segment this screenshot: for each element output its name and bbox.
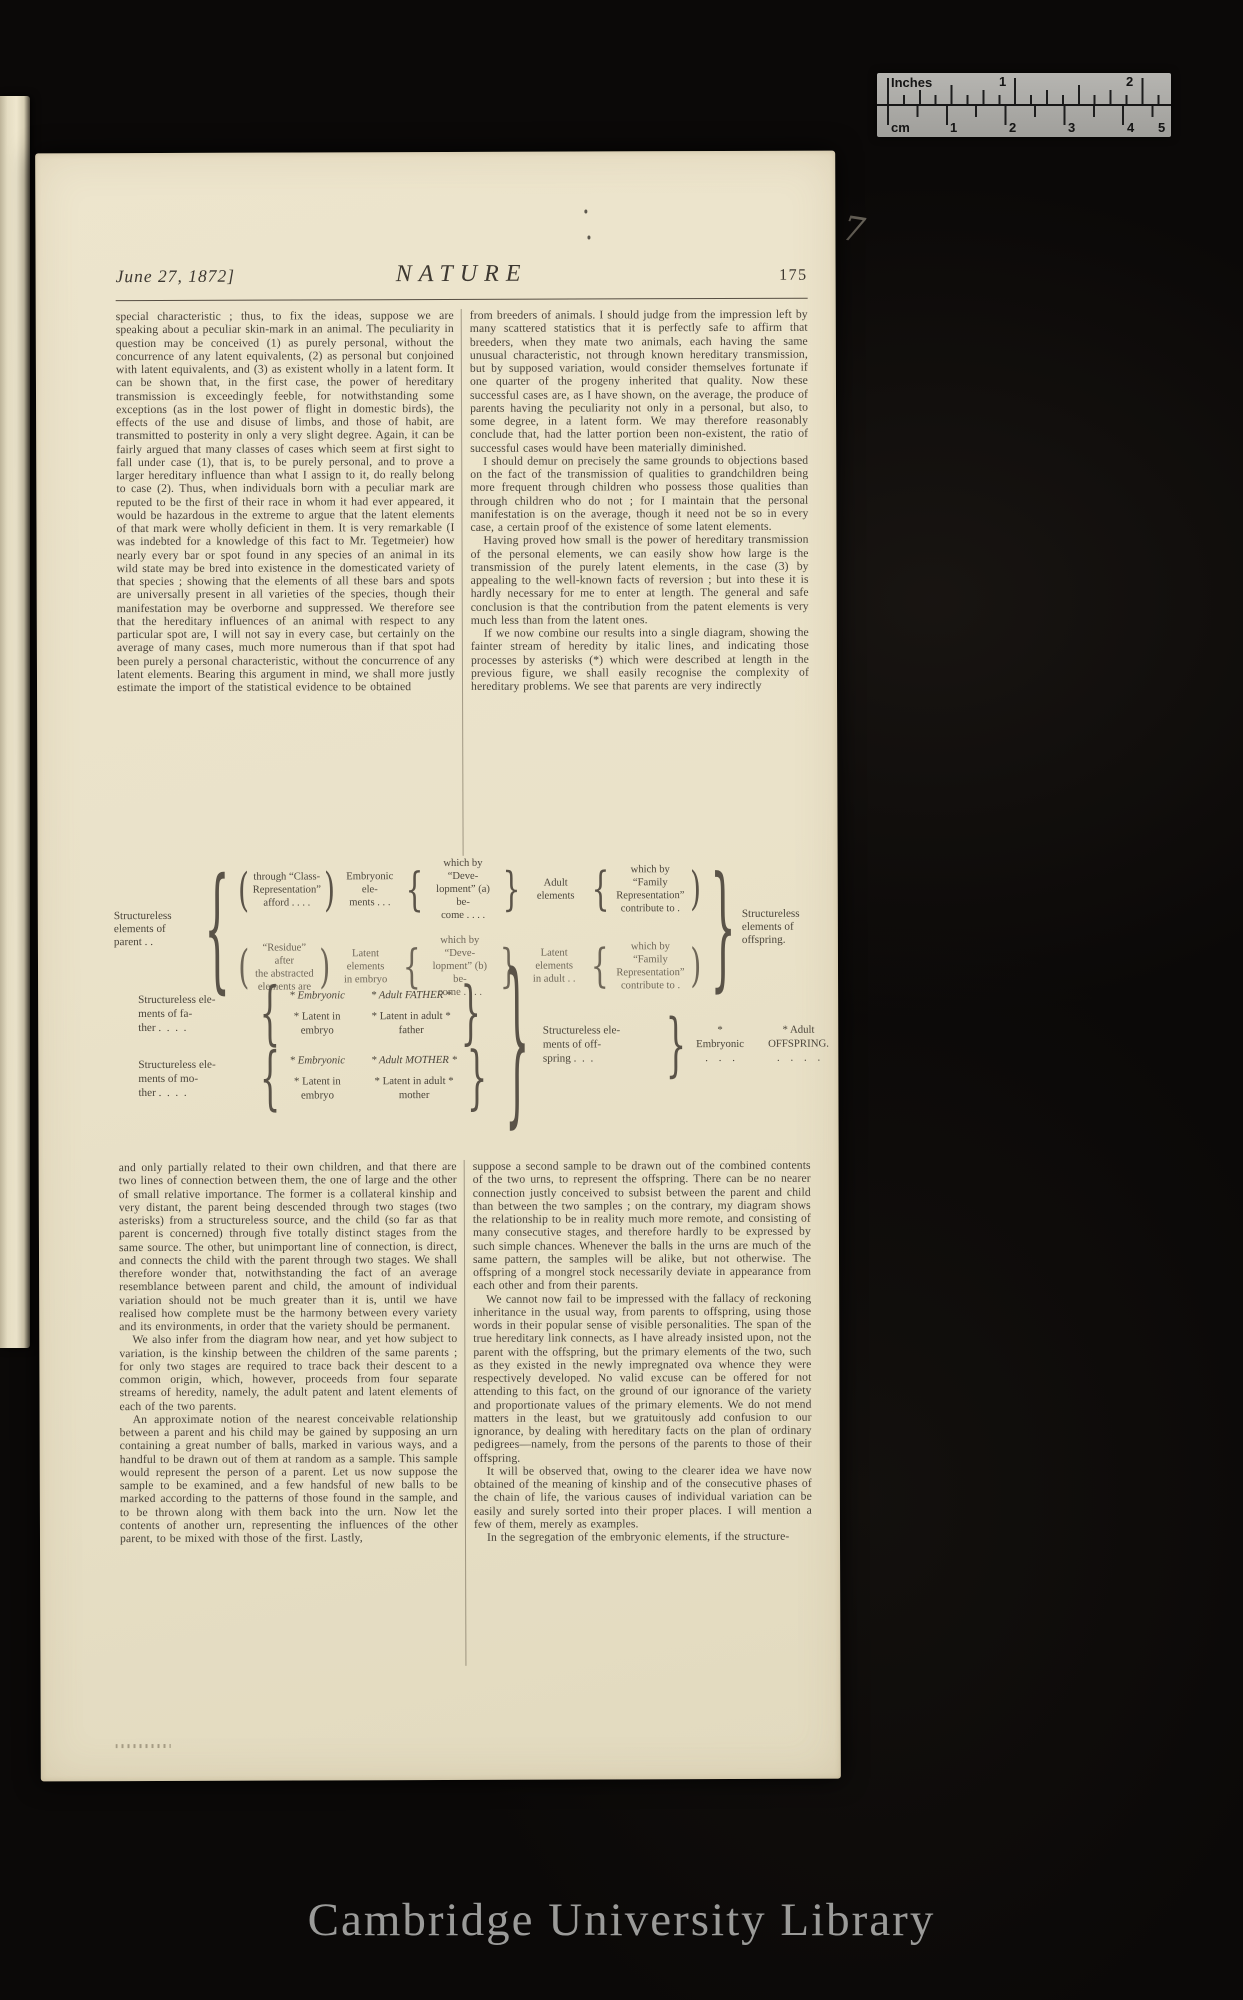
step-embryonic-elements: Embryonic ele- ments . . . bbox=[338, 870, 401, 909]
father-latent-embryo: * Latent in embryo bbox=[289, 1009, 345, 1037]
cm-number-3: 3 bbox=[1068, 120, 1075, 135]
paragraph: from breeders of animals. I should judge… bbox=[470, 308, 809, 455]
paren: ) bbox=[324, 871, 335, 908]
left-column-top: special characteristic ; thus, to fix th… bbox=[116, 309, 456, 857]
facing-page-edge bbox=[0, 96, 30, 1348]
paren: ) bbox=[319, 948, 330, 985]
paragraph: If we now combine our results into a sin… bbox=[471, 626, 809, 693]
scan-photo: Inches 1 2 cm 1 2 3 4 5 7 June 27, 1872]… bbox=[0, 0, 1243, 2000]
mother-elements: * Embryonic * Adult MOTHER * * Latent in… bbox=[290, 1053, 458, 1103]
step-latent-adult: Latent elements in adult . . bbox=[522, 946, 587, 985]
father-elements: * Embryonic * Adult FATHER * * Latent in… bbox=[289, 988, 451, 1038]
page-header: June 27, 1872] NATURE 175 bbox=[116, 255, 808, 289]
header-rule bbox=[116, 298, 808, 301]
library-watermark: Cambridge University Library bbox=[0, 1893, 1243, 1947]
paren: ( bbox=[238, 872, 249, 909]
patent-stream-row: ( through “Class- Representation” afford… bbox=[236, 856, 704, 923]
paragraph: We also infer from the diagram how near,… bbox=[119, 1332, 457, 1413]
paragraph: We cannot now fail to be impressed with … bbox=[473, 1291, 812, 1464]
inches-label: Inches bbox=[891, 75, 932, 90]
brace: { bbox=[403, 948, 421, 985]
cm-number-5: 5 bbox=[1158, 120, 1165, 135]
step-adult-elements: Adult elements bbox=[525, 876, 587, 902]
paper-speck bbox=[587, 235, 590, 239]
measurement-ruler: Inches 1 2 cm 1 2 3 4 5 bbox=[877, 73, 1171, 137]
brace: { bbox=[591, 871, 609, 908]
brace: } bbox=[502, 871, 520, 908]
inch-number-2: 2 bbox=[1126, 74, 1133, 89]
offspring-label: Structureless ele- ments of off- spring … bbox=[543, 1023, 655, 1065]
body-text-top: special characteristic ; thus, to fix th… bbox=[116, 308, 810, 857]
father-embryonic: * Embryonic bbox=[289, 988, 345, 1002]
step-family-representation-latent: which by “Family Representation” contrib… bbox=[614, 940, 687, 992]
step-family-representation: which by “Family Representation” contrib… bbox=[614, 863, 687, 915]
offspring-elements: * Embryonic . . . * Adult OFFSPRING. . .… bbox=[696, 1023, 829, 1065]
heredity-diagram-family: Structureless ele- ments of fa- ther . .… bbox=[138, 987, 810, 1103]
right-column-top: from breeders of animals. I should judge… bbox=[461, 308, 810, 856]
offspring-label: Structureless elements of offspring. bbox=[742, 907, 826, 946]
mother-latent-embryo: * Latent in embryo bbox=[290, 1074, 346, 1102]
paper-speck bbox=[584, 209, 587, 213]
brace: } bbox=[665, 1017, 686, 1072]
cm-number-2: 2 bbox=[1009, 120, 1016, 135]
mother-embryonic: * Embryonic bbox=[290, 1053, 346, 1067]
brace: { bbox=[260, 1050, 281, 1105]
left-column-bottom: and only partially related to their own … bbox=[119, 1160, 459, 1667]
closing-brace: } bbox=[710, 873, 736, 981]
step-development-a: which by “Deve- lopment” (a) be- come . … bbox=[428, 857, 497, 922]
brace: { bbox=[406, 871, 424, 908]
step-class-representation: through “Class- Representation” afford .… bbox=[253, 870, 321, 909]
offspring-embryonic: * Embryonic . . . bbox=[696, 1023, 744, 1065]
paragraph: and only partially related to their own … bbox=[119, 1160, 458, 1333]
step-latent-embryo: Latent elements in embryo bbox=[333, 947, 398, 986]
right-column-bottom: suppose a second sample to be drawn out … bbox=[464, 1159, 813, 1666]
mother-block: Structureless ele- ments of mo- ther . .… bbox=[138, 1053, 491, 1103]
paragraph: special characteristic ; thus, to fix th… bbox=[116, 309, 455, 694]
journal-title: NATURE bbox=[116, 260, 808, 289]
paragraph: It will be observed that, owing to the c… bbox=[474, 1463, 812, 1530]
paragraph: In the segregation of the embryonic elem… bbox=[474, 1530, 812, 1544]
printed-page-number: 175 bbox=[779, 267, 808, 285]
parents-blocks: Structureless ele- ments of fa- ther . .… bbox=[138, 988, 491, 1103]
paper-mark bbox=[116, 1744, 171, 1748]
parent-label: Structureless elements of parent . . bbox=[110, 909, 198, 948]
cm-ticks bbox=[887, 106, 1163, 134]
paren: ) bbox=[690, 947, 701, 984]
brace: { bbox=[591, 948, 609, 985]
cm-number-1: 1 bbox=[950, 120, 957, 135]
father-latent-adult: * Latent in adult * father bbox=[371, 1009, 452, 1037]
cm-number-4: 4 bbox=[1127, 120, 1134, 135]
paragraph: An approximate notion of the nearest con… bbox=[120, 1412, 458, 1546]
paren: ) bbox=[690, 870, 701, 907]
mother-label: Structureless ele- ments of mo- ther . .… bbox=[138, 1057, 250, 1099]
brace: } bbox=[461, 985, 482, 1040]
inch-number-1: 1 bbox=[999, 74, 1006, 89]
mother-latent-adult: * Latent in adult * mother bbox=[371, 1074, 457, 1102]
paren: ( bbox=[239, 949, 250, 986]
father-adult: * Adult FATHER * bbox=[371, 988, 452, 1002]
pencil-page-number: 7 bbox=[840, 209, 868, 252]
body-text-bottom: and only partially related to their own … bbox=[119, 1159, 813, 1667]
cm-label: cm bbox=[891, 120, 910, 135]
offspring-adult: * Adult OFFSPRING. . . . . bbox=[768, 1023, 829, 1065]
paragraph: I should demur on precisely the same gro… bbox=[470, 453, 808, 534]
merge-brace: } bbox=[504, 973, 529, 1116]
paragraph: Having proved how small is the power of … bbox=[470, 533, 808, 627]
journal-page: June 27, 1872] NATURE 175 special charac… bbox=[35, 151, 841, 1782]
offspring-block: Structureless ele- ments of off- spring … bbox=[543, 1023, 829, 1066]
paragraph: suppose a second sample to be drawn out … bbox=[473, 1159, 811, 1293]
brace: { bbox=[259, 985, 280, 1040]
brace: } bbox=[466, 1050, 487, 1105]
opening-brace: { bbox=[204, 875, 230, 983]
father-block: Structureless ele- ments of fa- ther . .… bbox=[138, 988, 491, 1038]
mother-adult: * Adult MOTHER * bbox=[371, 1053, 457, 1067]
father-label: Structureless ele- ments of fa- ther . .… bbox=[138, 992, 250, 1034]
